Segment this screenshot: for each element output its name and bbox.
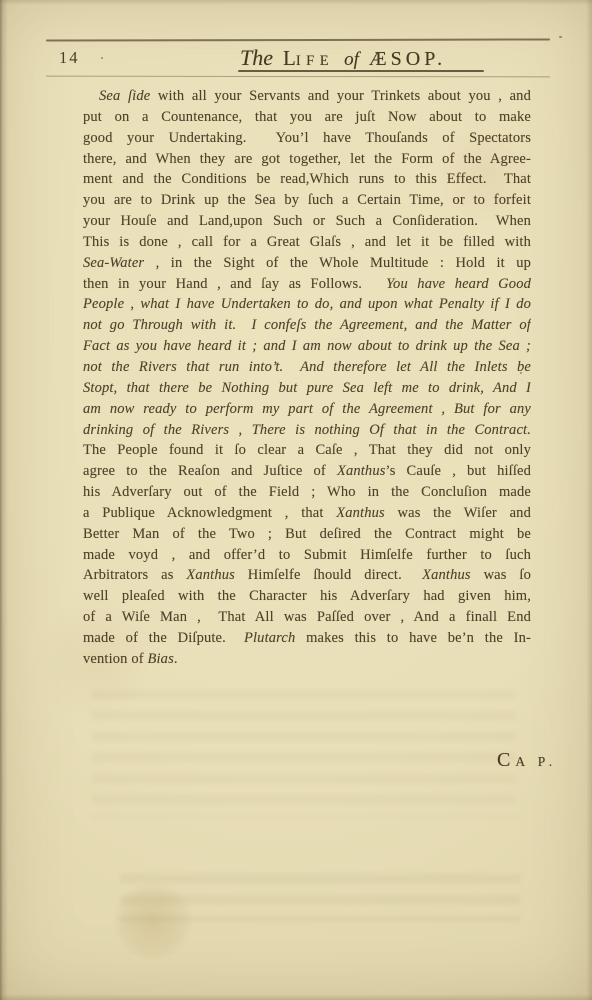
text-line: you are to Drink up the Sea by ſuch a Ce… bbox=[83, 190, 531, 211]
text-line: there, and When they are got together, l… bbox=[83, 149, 531, 170]
text-segment: . bbox=[174, 651, 178, 667]
title-life-rest: IFE bbox=[296, 53, 334, 69]
text-line: good your Undertaking. You’l have Thouſa… bbox=[83, 128, 531, 149]
text-segment: then in your Hand , and ſay as Follows. bbox=[83, 276, 386, 292]
text-line: your Houſe and Land,upon Such or Such a … bbox=[83, 211, 531, 232]
text-segment: ment and the Conditions be read,Which ru… bbox=[83, 171, 531, 187]
text-line: Sea ſide with all your Servants and your… bbox=[83, 86, 531, 107]
text-segment: of a Wiſe Man , That All was Paſſed over… bbox=[83, 609, 531, 625]
text-line: made of the Diſpute. Plutarch makes this… bbox=[83, 628, 531, 649]
page-number: 14 bbox=[59, 48, 80, 68]
text-line: not go Through with it. I confeſs the Ag… bbox=[83, 315, 531, 336]
text-segment: , in the Sight of the Whole Multitude : … bbox=[144, 255, 531, 271]
text-segment: your Houſe and Land,upon Such or Such a … bbox=[83, 213, 531, 229]
title-word-life: LIFE bbox=[283, 46, 334, 71]
italic-text-segment: Sea ſide bbox=[99, 88, 150, 104]
text-line: well pleaſed with the Character his Adve… bbox=[83, 586, 531, 607]
text-line: Arbitrators as Xanthus Himſelfe ſhould d… bbox=[83, 565, 531, 586]
text-line: Better Man of the Two ; But deſired the … bbox=[83, 524, 531, 545]
head-rule-top bbox=[46, 38, 550, 41]
text-line: put on a Countenance, that you are juſt … bbox=[83, 107, 531, 128]
paper-stain bbox=[112, 882, 194, 960]
italic-text-segment: Xanthus bbox=[422, 567, 471, 583]
text-line: made voyd , and offer’d to Submit Himſel… bbox=[83, 545, 531, 566]
head-rule-under-title bbox=[238, 70, 484, 72]
running-title: The LIFE of ÆSOP. bbox=[240, 45, 446, 71]
text-segment: put on a Countenance, that you are juſt … bbox=[83, 109, 531, 125]
text-segment: Arbitrators as bbox=[83, 567, 186, 583]
catchword-rest: A P. bbox=[515, 754, 557, 770]
show-through-text bbox=[92, 690, 516, 818]
scanned-book-page: 14 The LIFE of ÆSOP. Sea ſide with all y… bbox=[0, 0, 592, 1000]
italic-text-segment: Xanthus bbox=[337, 463, 386, 479]
catchword-initial: C bbox=[497, 749, 510, 772]
italic-text-segment: Bias bbox=[147, 651, 173, 667]
text-line: People , what I have Undertaken to do, a… bbox=[83, 294, 531, 315]
title-word-of: of bbox=[344, 49, 359, 71]
title-word-the: The bbox=[240, 45, 273, 71]
text-line: The People found it ſo clear a Caſe , Th… bbox=[83, 440, 531, 461]
text-segment: made voyd , and offer’d to Submit Himſel… bbox=[83, 547, 531, 563]
italic-text-segment: not go Through with it. I confeſs the Ag… bbox=[83, 317, 531, 333]
scan-edge-left bbox=[0, 0, 8, 1000]
scan-edge-bottom bbox=[0, 994, 592, 1000]
ink-speck bbox=[101, 57, 103, 59]
text-segment: This is done , call for a Great Glaſs , … bbox=[83, 234, 531, 250]
text-segment: Himſelfe ſhould direct. bbox=[235, 567, 422, 583]
text-segment: there, and When they are got together, l… bbox=[83, 151, 531, 167]
text-segment: was the Wiſer and bbox=[385, 505, 531, 521]
title-life-initial: L bbox=[283, 46, 296, 70]
text-line: of a Wiſe Man , That All was Paſſed over… bbox=[83, 607, 531, 628]
text-segment: with all your Servants and your Trinkets… bbox=[150, 88, 531, 104]
italic-text-segment: Xanthus bbox=[186, 567, 235, 583]
italic-text-segment: Xanthus bbox=[336, 505, 385, 521]
text-line: agree to the Reaſon and Juſtice of Xanth… bbox=[83, 461, 531, 482]
text-line: ment and the Conditions be read,Which ru… bbox=[83, 169, 531, 190]
text-segment: well pleaſed with the Character his Adve… bbox=[83, 588, 531, 604]
text-segment: made of the Diſpute. bbox=[83, 630, 244, 646]
text-segment: agree to the Reaſon and Juſtice of bbox=[83, 463, 337, 479]
text-segment: good your Undertaking. You’l have Thouſa… bbox=[83, 130, 531, 146]
text-line: This is done , call for a Great Glaſs , … bbox=[83, 232, 531, 253]
italic-text-segment: Sea-Water bbox=[83, 255, 144, 271]
text-segment: vention of bbox=[83, 651, 147, 667]
italic-text-segment: not the Rivers that run into’t. And ther… bbox=[83, 359, 531, 375]
italic-text-segment: People , what I have Undertaken to do, a… bbox=[83, 296, 531, 312]
scan-edge-right bbox=[586, 0, 592, 1000]
text-line: Sea-Water , in the Sight of the Whole Mu… bbox=[83, 253, 531, 274]
text-line: Stopt, that there be Nothing but pure Se… bbox=[83, 378, 531, 399]
text-segment: Better Man of the Two ; But deſired the … bbox=[83, 526, 531, 542]
text-segment: ’s Cauſe , but hiſſed bbox=[386, 463, 531, 479]
text-line: vention of Bias. bbox=[83, 649, 531, 670]
head-rule-bottom bbox=[46, 75, 550, 77]
italic-text-segment: You have heard Good bbox=[386, 276, 531, 292]
show-through-text bbox=[120, 874, 520, 922]
text-segment: his Adverſary out of the Field ; Who in … bbox=[83, 484, 531, 500]
text-segment: makes this to have be’n the In- bbox=[295, 630, 531, 646]
text-line: his Adverſary out of the Field ; Who in … bbox=[83, 482, 531, 503]
italic-text-segment: am now ready to perform my part of the A… bbox=[83, 401, 531, 417]
ink-speck bbox=[559, 36, 562, 38]
italic-text-segment: Fact as you have heard it ; and I am now… bbox=[83, 338, 531, 354]
text-line: not the Rivers that run into’t. And ther… bbox=[83, 357, 531, 378]
text-line: drinking of the Rivers , There is nothin… bbox=[83, 420, 531, 441]
italic-text-segment: Stopt, that there be Nothing but pure Se… bbox=[83, 380, 531, 396]
text-segment: you are to Drink up the Sea by ſuch a Ce… bbox=[83, 192, 531, 208]
text-line: Fact as you have heard it ; and I am now… bbox=[83, 336, 531, 357]
catchword: C A P. bbox=[497, 749, 557, 772]
italic-text-segment: Plutarch bbox=[244, 630, 295, 646]
text-segment: was ſo bbox=[471, 567, 531, 583]
text-line: a Publique Acknowledgment , that Xanthus… bbox=[83, 503, 531, 524]
text-line: am now ready to perform my part of the A… bbox=[83, 399, 531, 420]
text-segment: The People found it ſo clear a Caſe , Th… bbox=[83, 442, 531, 458]
italic-text-segment: drinking of the Rivers , There is nothin… bbox=[83, 422, 531, 438]
scan-edge-top bbox=[0, 0, 592, 5]
text-segment: a Publique Acknowledgment , that bbox=[83, 505, 336, 521]
text-line: then in your Hand , and ſay as Follows. … bbox=[83, 274, 531, 295]
title-word-aesop: ÆSOP. bbox=[369, 48, 446, 71]
body-text-block: Sea ſide with all your Servants and your… bbox=[83, 86, 531, 670]
